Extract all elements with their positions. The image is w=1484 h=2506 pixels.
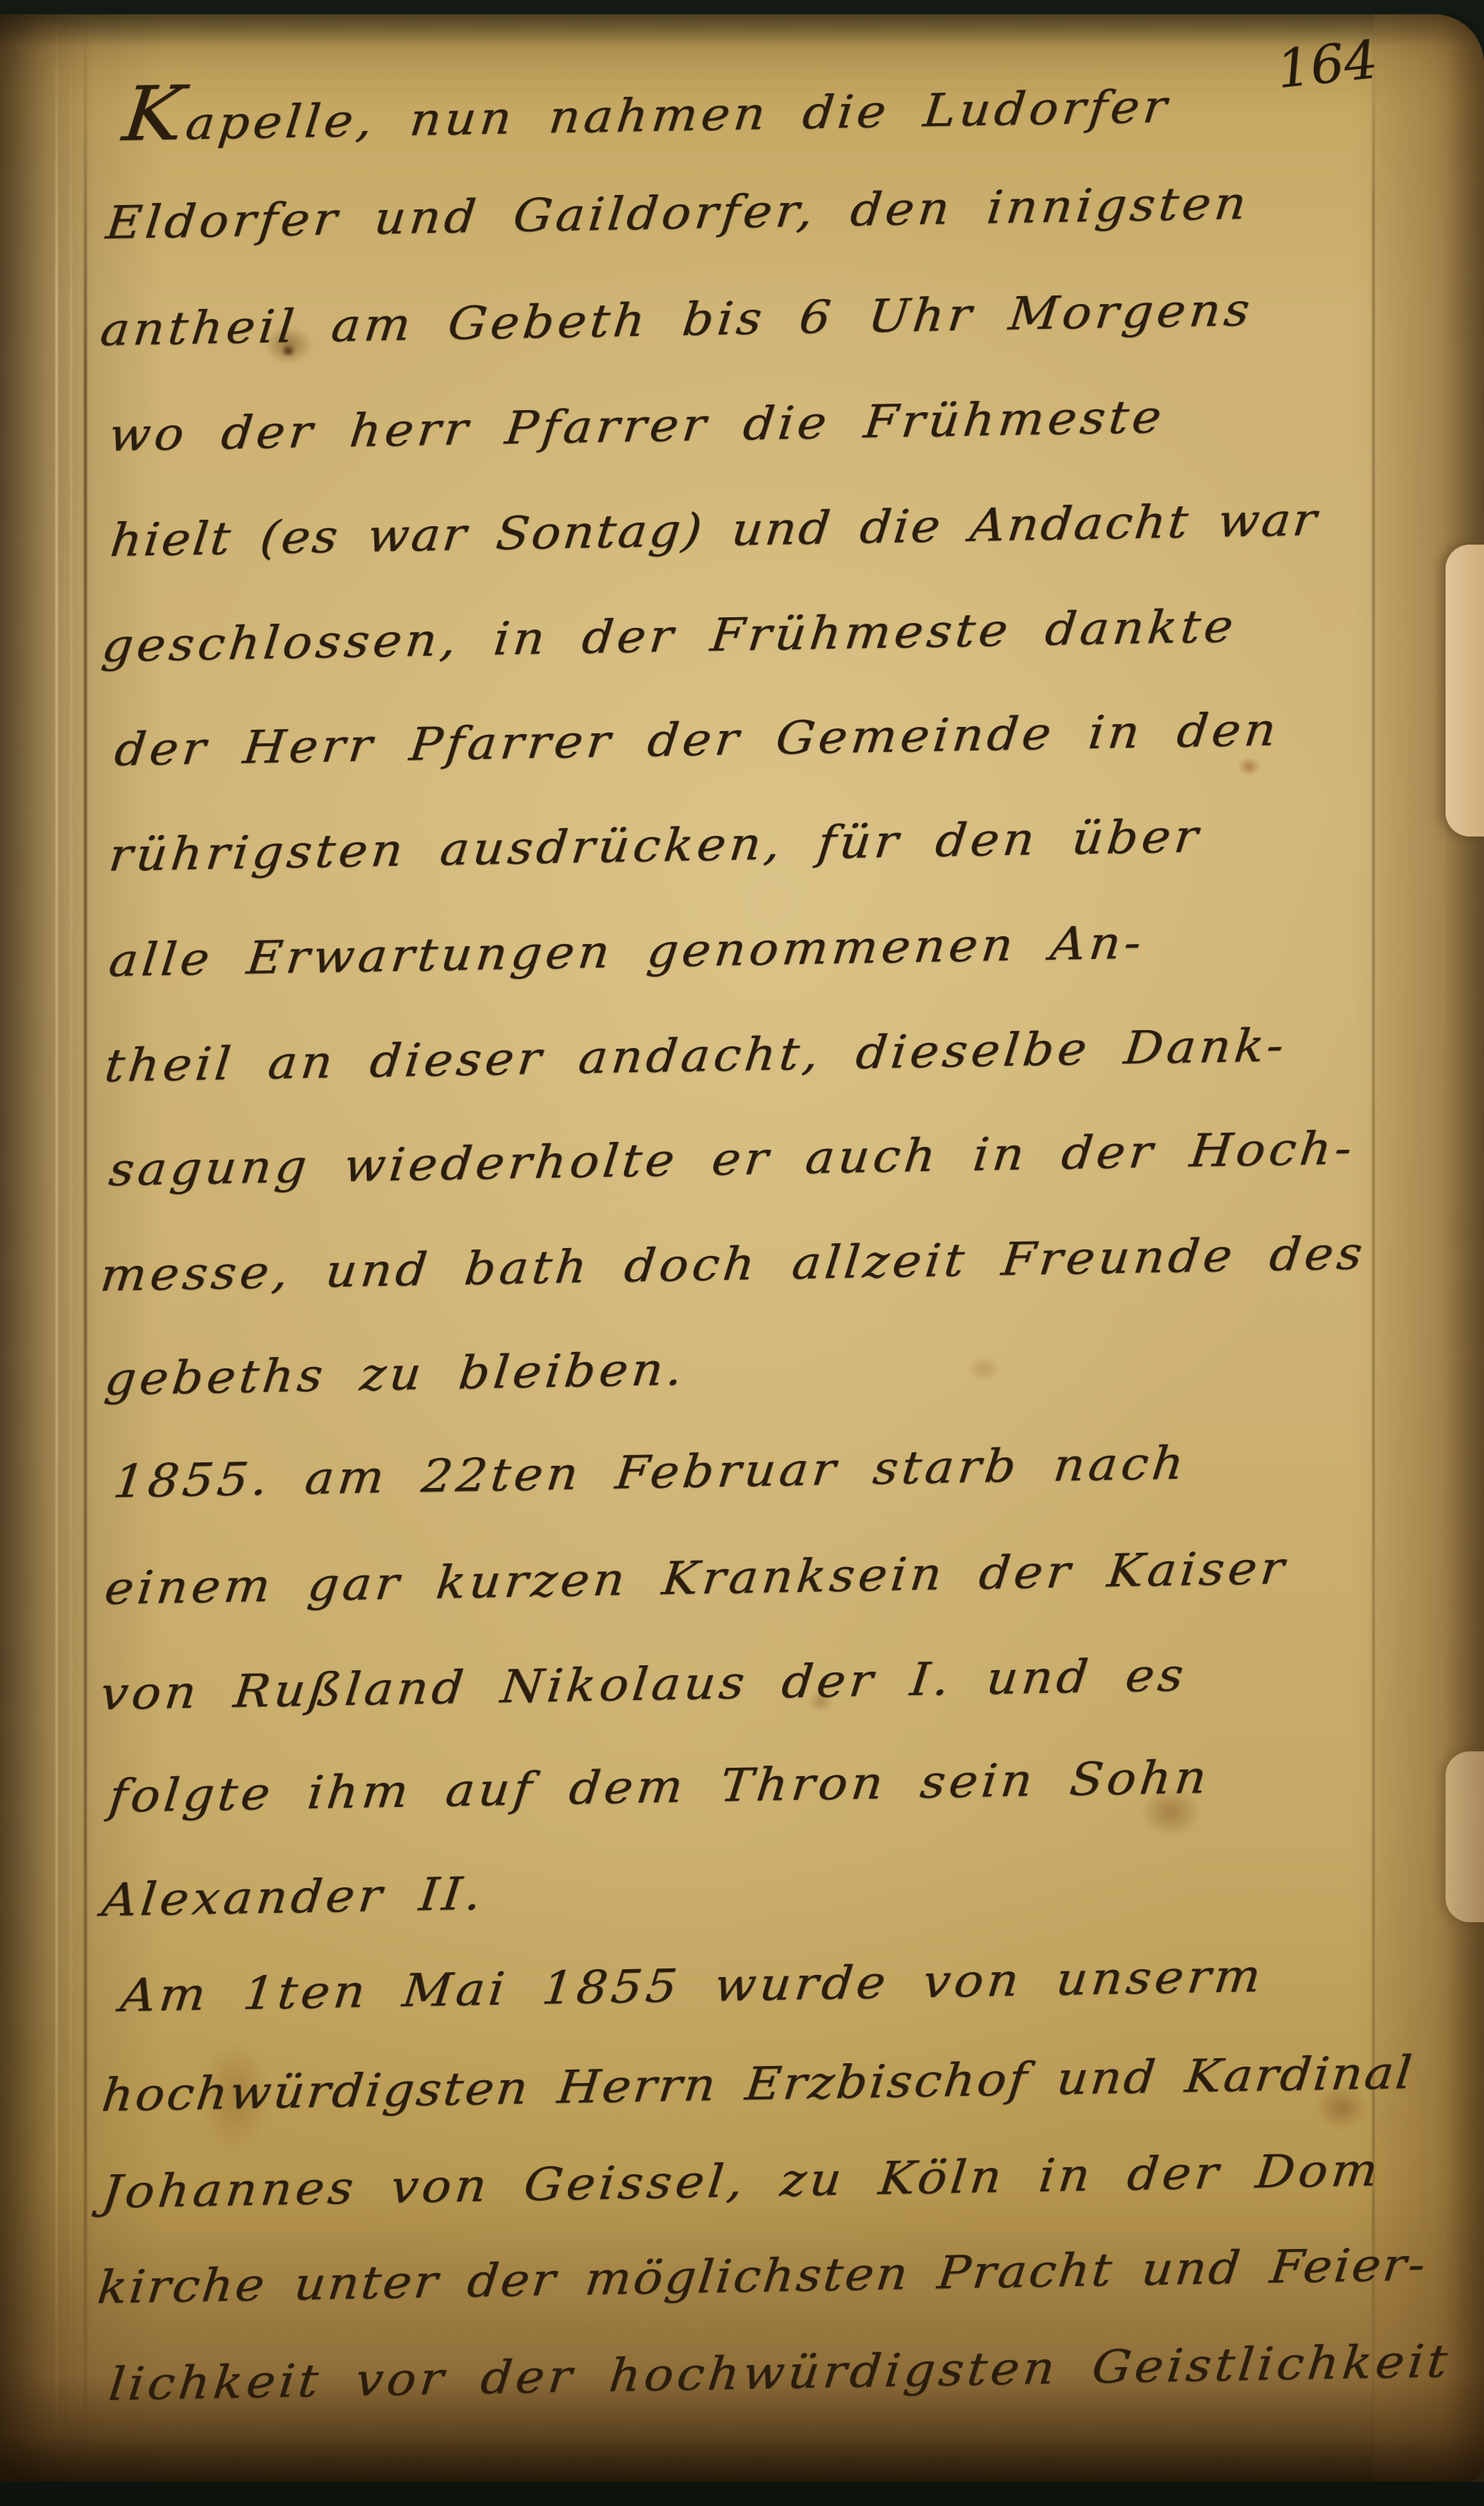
manuscript-line: Am 1ten Mai 1855 wurde von unserm — [118, 1954, 1266, 2019]
page-number: 164 — [1274, 29, 1380, 100]
page-edge-column — [1374, 14, 1484, 2482]
foxing-spot — [1235, 755, 1263, 779]
manuscript-line: alle Erwartungen genommenen An- — [107, 921, 1147, 984]
manuscript-line: kirche unter der möglichsten Pracht und … — [95, 2242, 1429, 2311]
manuscript-line: sagung wiederholte er auch in der Hoch- — [107, 1126, 1357, 1193]
manuscript-line: Alexander II. — [100, 1872, 487, 1924]
manuscript-line: hielt (es war Sontag) und die Andacht wa… — [108, 497, 1320, 564]
manuscript-line: geschlossen, in der Frühmeste dankte — [100, 604, 1238, 669]
manuscript-page: 164 Kapelle, nun nahmen die Ludorfer Eld… — [0, 14, 1484, 2482]
manuscript-scan: 164 Kapelle, nun nahmen die Ludorfer Eld… — [0, 0, 1484, 2506]
manuscript-line: von Rußland Nikolaus der I. und es — [98, 1652, 1189, 1717]
manuscript-line: Eldorfer und Gaildorfer, den innigsten — [104, 181, 1252, 246]
manuscript-line: wo der herr Pfarrer die Frühmeste — [107, 394, 1167, 458]
page-top-shadow — [0, 14, 1484, 47]
manuscript-line: antheil am Gebeth bis 6 Uhr Morgens — [98, 288, 1256, 353]
manuscript-line: theil an dieser andacht, dieselbe Dank- — [102, 1023, 1289, 1089]
manuscript-line: Kapelle, nun nahmen die Ludorfer — [120, 58, 1175, 152]
gutter-crease — [84, 14, 87, 2482]
manuscript-line: rührigsten ausdrücken, für den über — [107, 814, 1204, 879]
foxing-spot — [962, 1353, 1005, 1385]
page-edge-highlight — [1446, 1751, 1484, 1922]
manuscript-line: gebeths zu bleiben. — [102, 1347, 688, 1403]
manuscript-line: folgte ihm auf dem Thron sein Sohn — [107, 1755, 1212, 1820]
gutter-crease — [56, 14, 58, 2482]
gutter-crease — [70, 14, 72, 2482]
manuscript-line: messe, und bath doch allzeit Freunde des — [98, 1231, 1368, 1299]
page-bottom-vignette — [0, 2375, 1484, 2482]
manuscript-line: hochwürdigsten Herrn Erzbischof und Kard… — [100, 2050, 1416, 2119]
manuscript-line: 1855. am 22ten Februar starb nach — [111, 1441, 1189, 1505]
manuscript-line: einem gar kurzen Kranksein der Kaiser — [102, 1546, 1290, 1612]
manuscript-line: der Herr Pfarrer der Gemeinde in den — [112, 708, 1282, 773]
page-edge-highlight — [1446, 545, 1484, 837]
manuscript-line: Johannes von Geissel, zu Köln in der Dom — [100, 2148, 1384, 2216]
page-fold-line — [1372, 14, 1374, 2482]
